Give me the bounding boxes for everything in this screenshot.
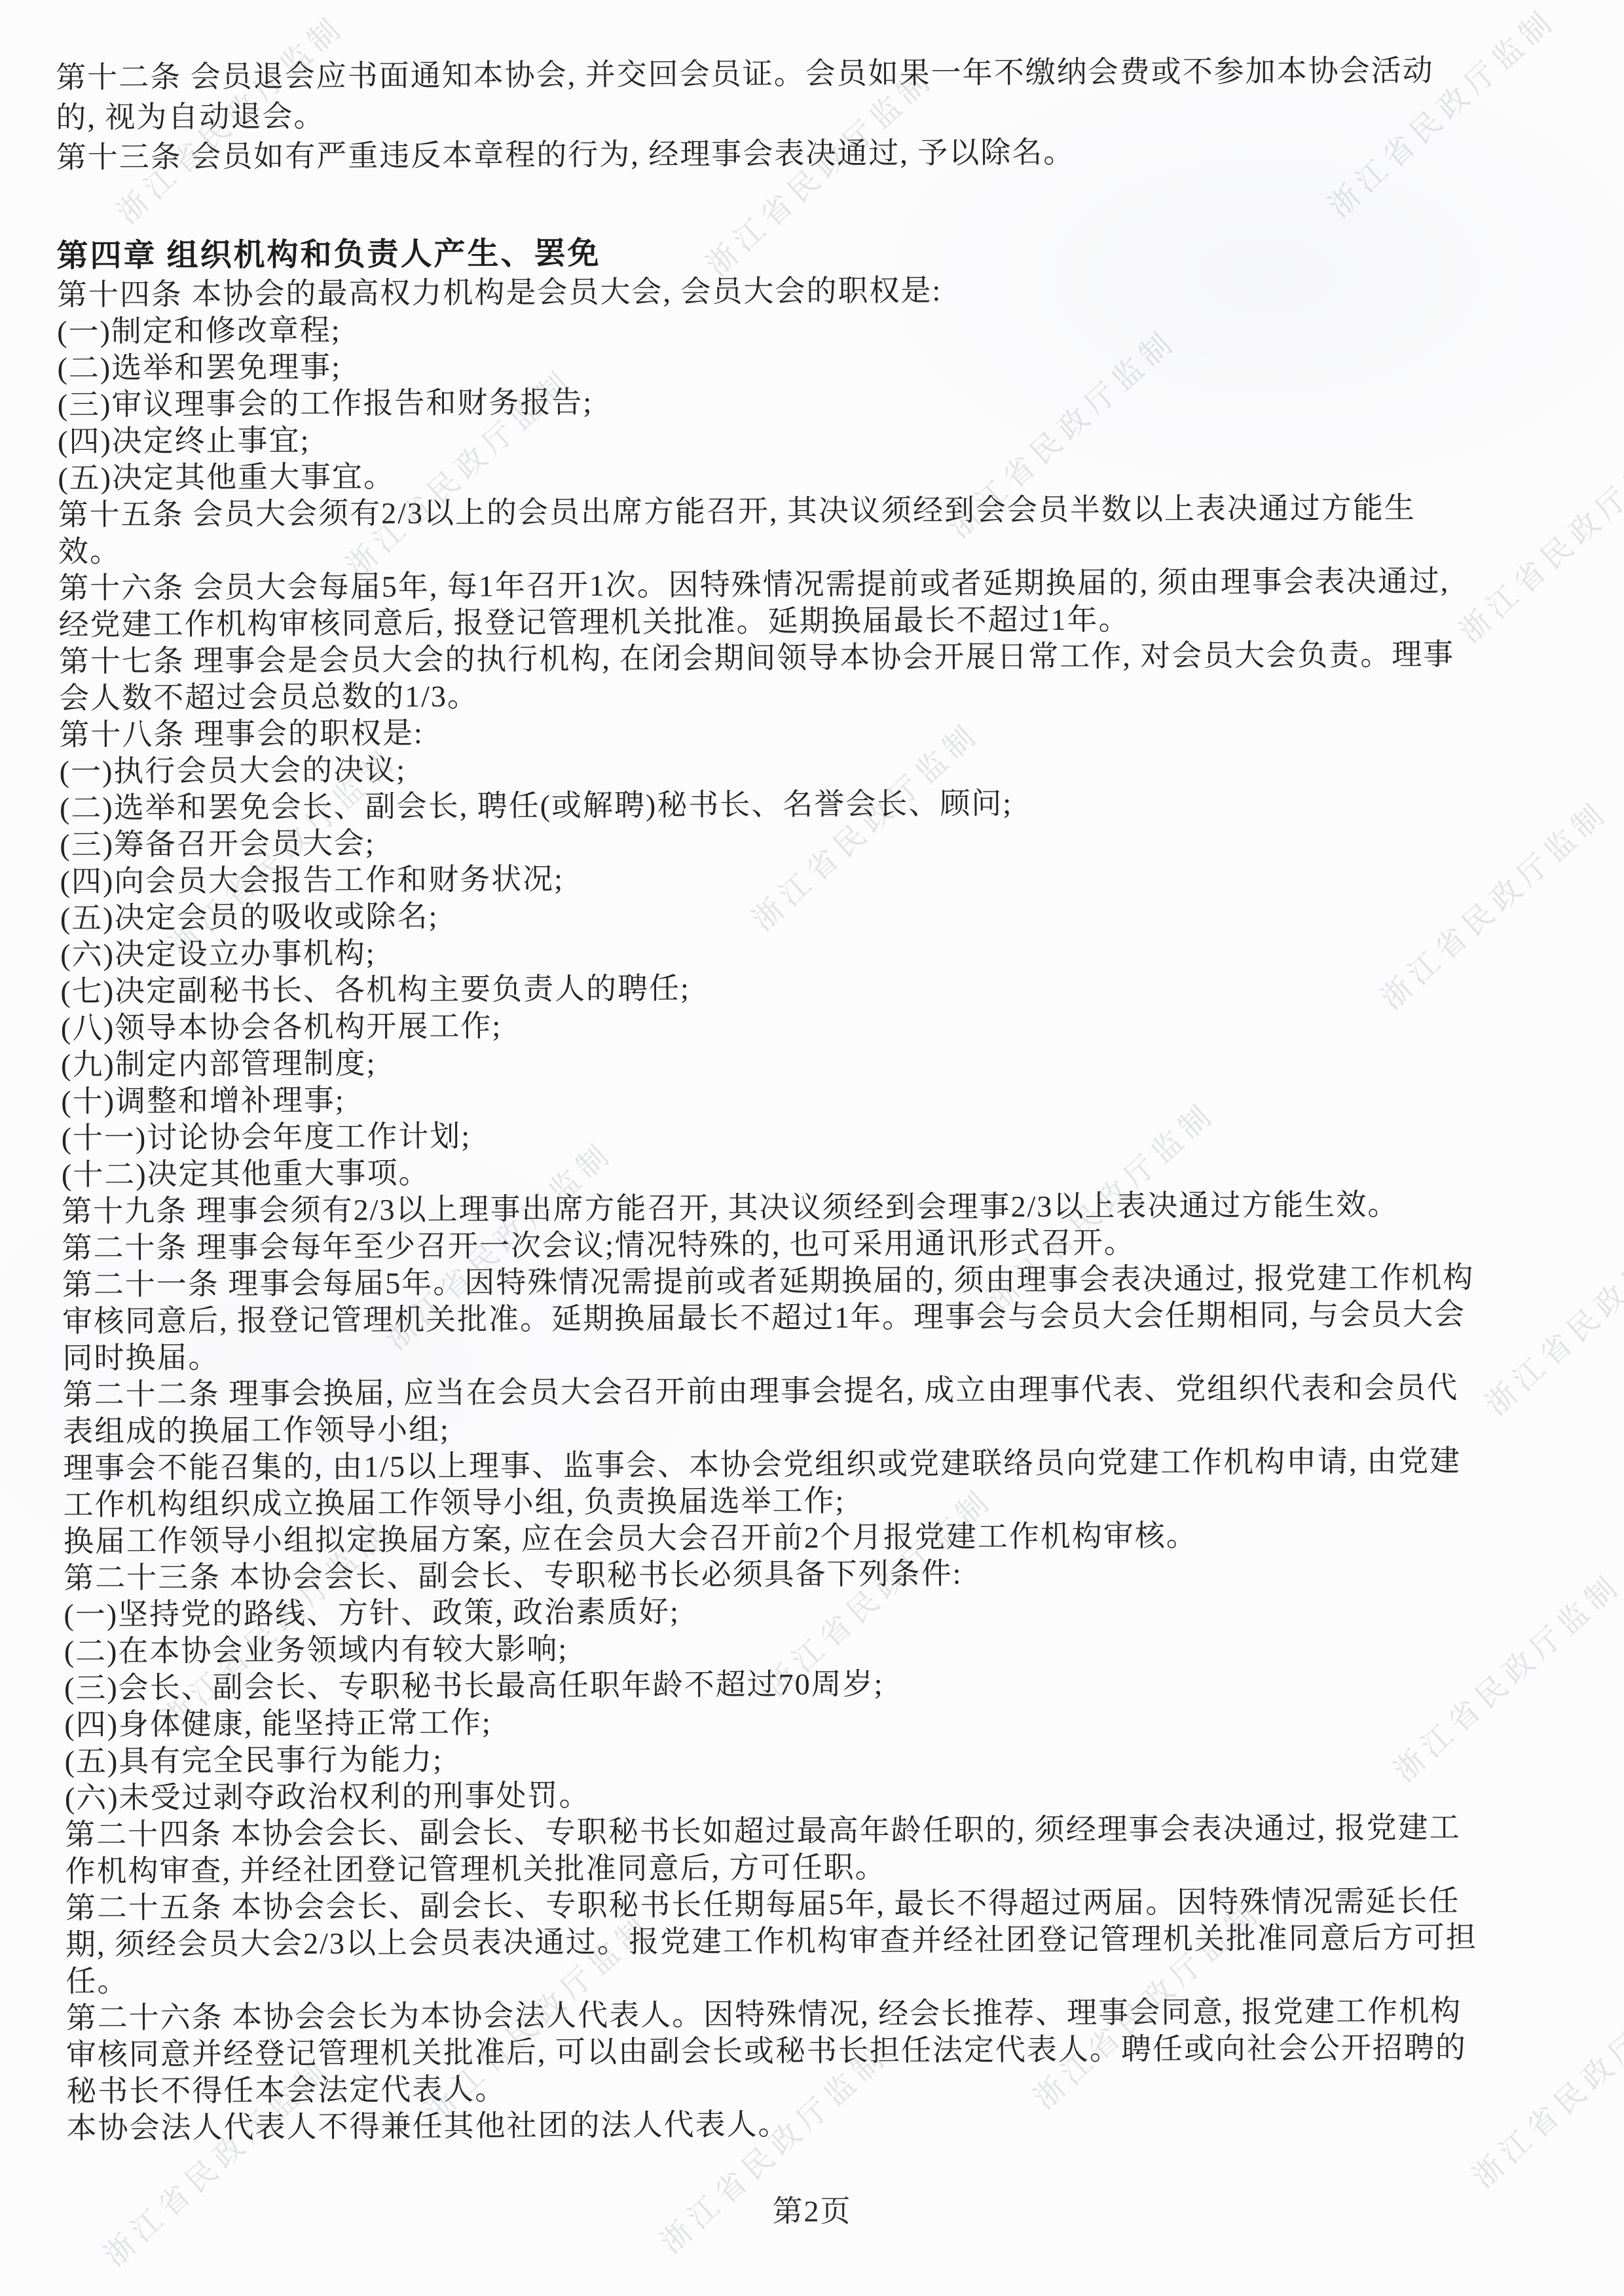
top-paragraphs: 第十二条 会员退会应书面通知本协会, 并交回会员证。会员如果一年不缴纳会费或不参… [56,50,1582,177]
text-line: 第十三条 会员如有严重违反本章程的行为, 经理事会表决通过, 予以除名。 [56,130,1582,177]
page-number: 第2页 [0,2193,1624,2230]
document-content: 第十二条 会员退会应书面通知本协会, 并交回会员证。会员如果一年不缴纳会费或不参… [56,50,1593,2147]
document-page: 浙江省民政厅监制浙江省民政厅监制浙江省民政厅监制浙江省民政厅监制浙江省民政厅监制… [0,0,1624,2296]
text-line: 第十二条 会员退会应书面通知本协会, 并交回会员证。会员如果一年不缴纳会费或不参… [56,50,1581,98]
text-line: 本协会法人代表人不得兼任其他社团的法人代表人。 [66,2102,1592,2147]
body-paragraphs: 第十四条 本协会的最高权力机构是会员大会, 会员大会的职权是:(一)制定和修改章… [57,269,1593,2147]
